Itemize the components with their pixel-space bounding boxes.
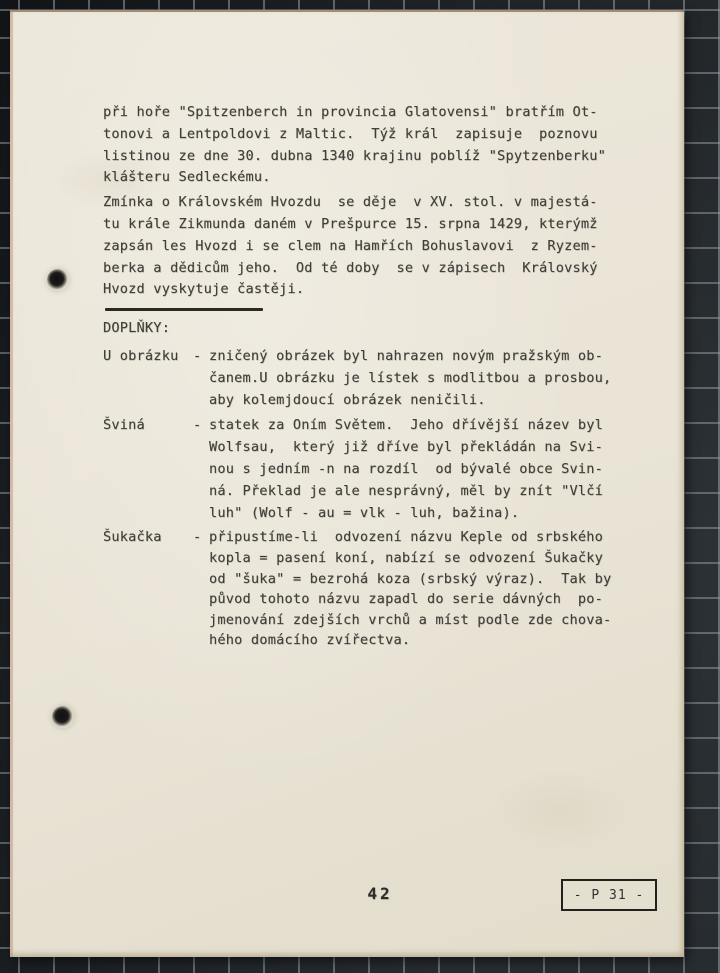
hole-punch-top <box>47 269 69 291</box>
glossary-entry-sukacka: Šukačka - připustíme-li odvození názvu K… <box>103 527 648 651</box>
stamp-text: - P 31 - <box>574 888 645 903</box>
section-heading-doplnky: DOPLŇKY: <box>103 318 648 340</box>
entry-term: Šukačka <box>103 527 193 548</box>
entry-term: U obrázku <box>103 346 193 368</box>
paragraph-kralovsky-hvozd: Zmínka o Královském Hvozdu se děje v XV.… <box>103 192 648 301</box>
glossary-entry-svina: Šviná - statek za Oním Světem. Jeho dřív… <box>103 415 648 524</box>
glossary-entry-u-obrazku: U obrázku - zničený obrázek byl nahrazen… <box>103 346 648 411</box>
checkered-background: při hoře "Spitzenberch in provincia Glat… <box>0 0 720 973</box>
entry-definition: statek za Oním Světem. Jeho dřívější náz… <box>209 415 648 524</box>
hole-punch-bottom <box>52 706 74 728</box>
entry-dash: - <box>193 527 209 548</box>
document-page: při hoře "Spitzenberch in provincia Glat… <box>10 10 684 957</box>
paper-stain <box>490 770 630 850</box>
entry-dash: - <box>193 346 209 368</box>
stamp-box: - P 31 - <box>561 879 657 911</box>
entry-definition: zničený obrázek byl nahrazen novým pražs… <box>209 346 648 411</box>
entry-dash: - <box>193 415 209 437</box>
entry-definition: připustíme-li odvození názvu Keple od sr… <box>209 527 648 651</box>
entry-term: Šviná <box>103 415 193 437</box>
section-divider-rule <box>105 308 263 311</box>
page-number: 42 <box>350 884 410 903</box>
paragraph-spitzenberch: při hoře "Spitzenberch in provincia Glat… <box>103 102 648 189</box>
typewritten-text-column: při hoře "Spitzenberch in provincia Glat… <box>103 102 648 651</box>
